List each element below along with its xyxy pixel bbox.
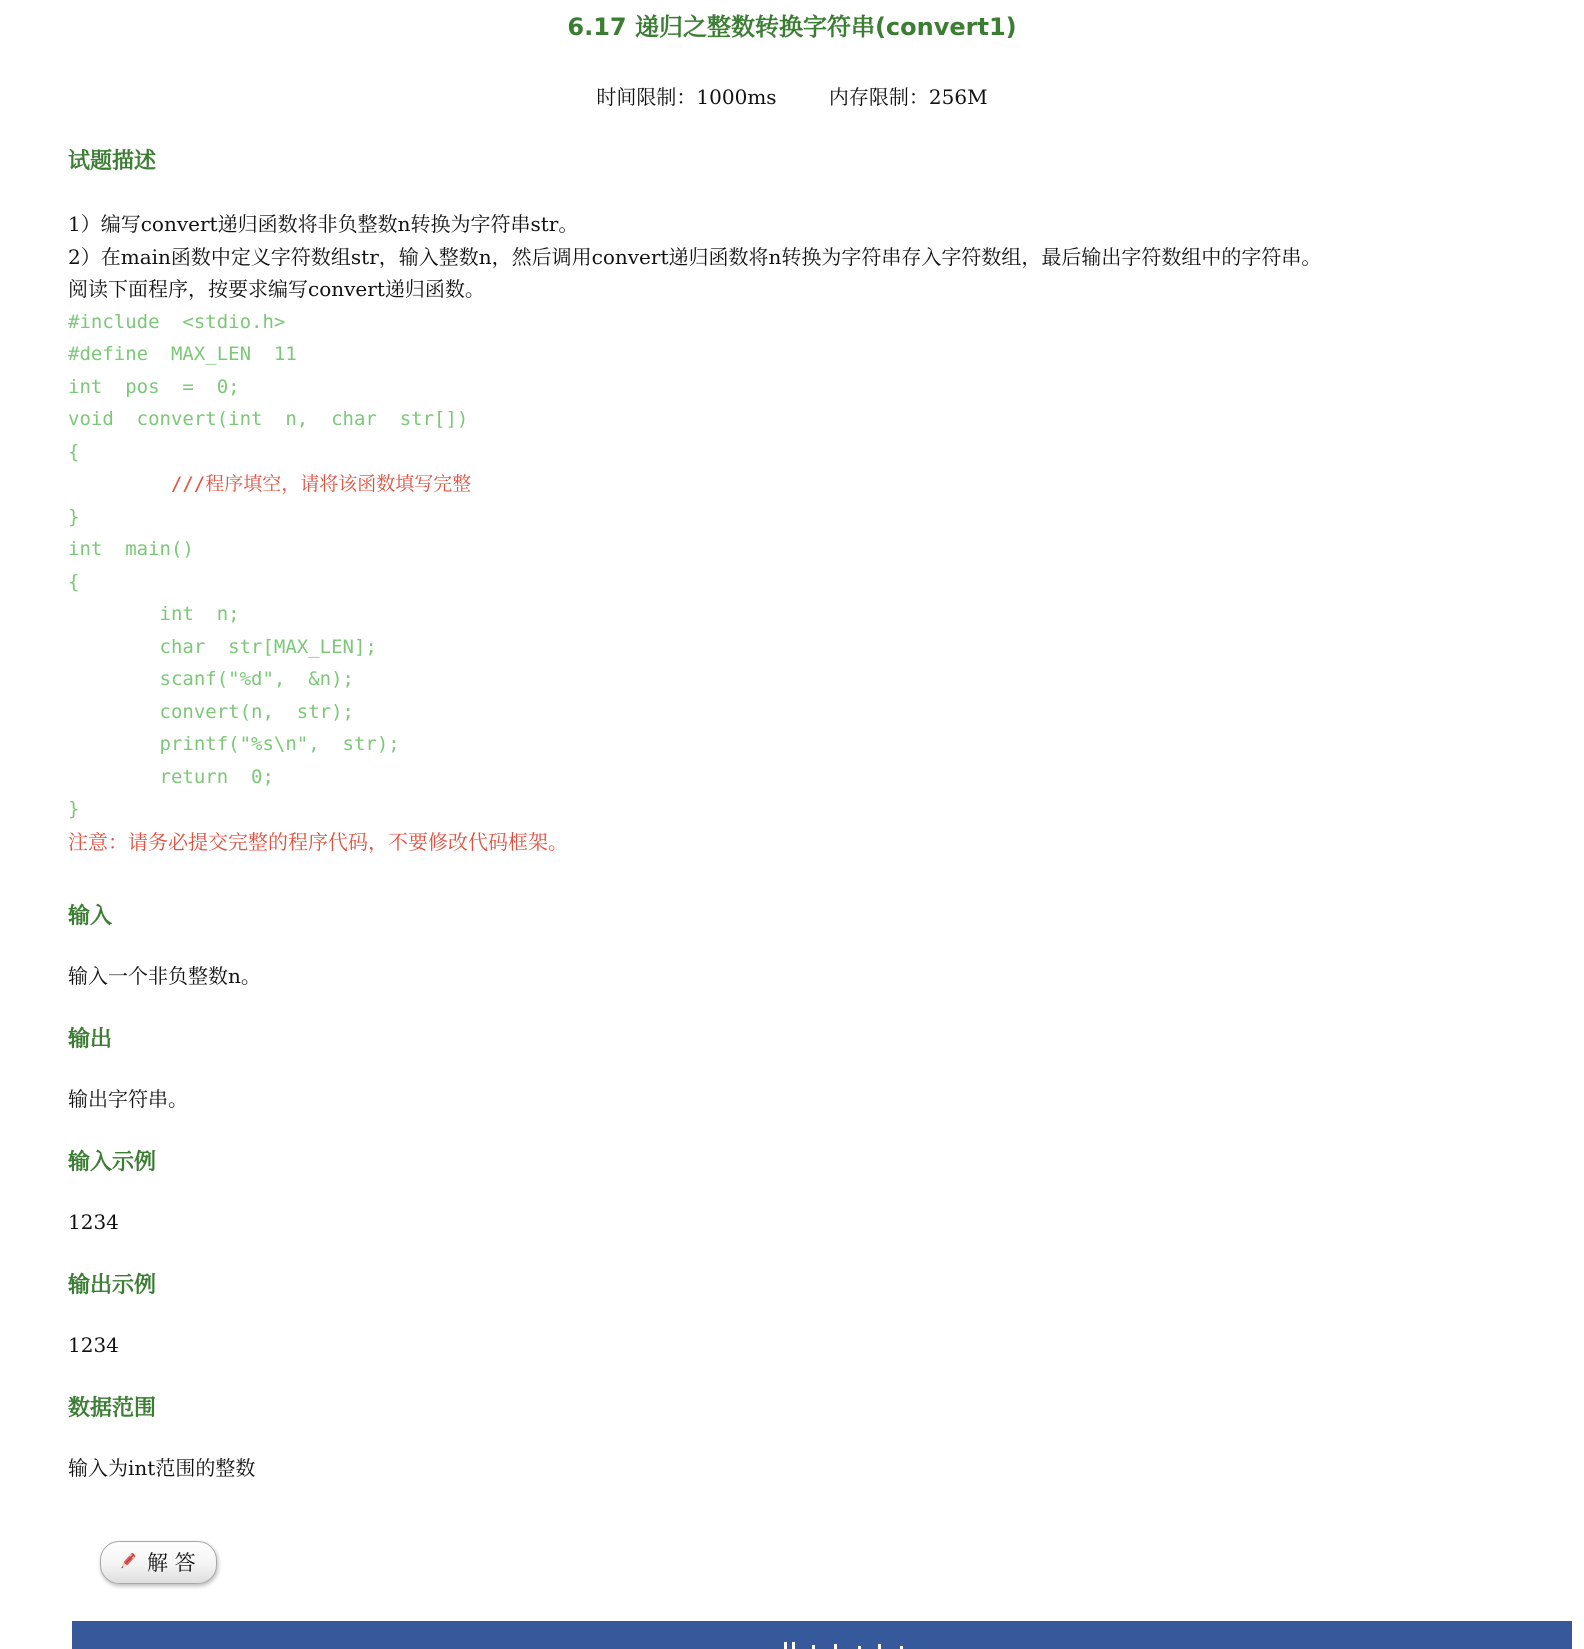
- description-paragraph: 1）编写convert递归函数将非负整数n转换为字符串str。: [68, 208, 1544, 241]
- code-line: int main(): [68, 533, 1544, 566]
- pencil-icon: [115, 1550, 139, 1574]
- data-range-description: 输入为int范围的整数: [68, 1455, 1544, 1481]
- problem-page: 6.17 递归之整数转换字符串(convert1) 时间限制：1000ms 内存…: [0, 0, 1584, 1649]
- code-line: return 0;: [68, 761, 1544, 794]
- code-line: void convert(int n, char str[]): [68, 403, 1544, 436]
- limits-row: 时间限制：1000ms 内存限制：256M: [0, 84, 1584, 110]
- code-line: char str[MAX_LEN];: [68, 631, 1544, 664]
- description-paragraphs: 1）编写convert递归函数将非负整数n转换为字符串str。2）在main函数…: [68, 208, 1544, 306]
- input-description: 输入一个非负整数n。: [68, 963, 1544, 989]
- code-line: #define MAX_LEN 11: [68, 338, 1544, 371]
- code-comment-line: ///程序填空，请将该函数填写完整: [68, 468, 1544, 501]
- footer-bar: [72, 1621, 1572, 1649]
- section-heading-output: 输出: [68, 1027, 1544, 1053]
- answer-button-label: 解 答: [147, 1547, 196, 1577]
- description-paragraph: 阅读下面程序，按要求编写convert递归函数。: [68, 273, 1544, 306]
- section-heading-output-sample: 输出示例: [68, 1273, 1544, 1299]
- code-line: }: [68, 501, 1544, 534]
- input-sample-value: 1234: [68, 1209, 1544, 1235]
- output-sample-value: 1234: [68, 1332, 1544, 1358]
- memory-limit: 内存限制：256M: [829, 85, 988, 109]
- section-heading-data-range: 数据范围: [68, 1396, 1544, 1422]
- code-line: }: [68, 793, 1544, 826]
- page-title: 6.17 递归之整数转换字符串(convert1): [0, 0, 1584, 42]
- code-line: printf("%s\n", str);: [68, 728, 1544, 761]
- submission-note: 注意：请务必提交完整的程序代码，不要修改代码框架。: [68, 826, 1544, 859]
- section-heading-input-sample: 输入示例: [68, 1150, 1544, 1176]
- output-description: 输出字符串。: [68, 1086, 1544, 1112]
- answer-button[interactable]: 解 答: [100, 1541, 217, 1584]
- footer-clipped-text: [708, 1641, 908, 1649]
- code-line: convert(n, str);: [68, 696, 1544, 729]
- description-paragraph: 2）在main函数中定义字符数组str，输入整数n，然后调用convert递归函…: [68, 241, 1544, 274]
- code-line: {: [68, 436, 1544, 469]
- code-line: scanf("%d", &n);: [68, 663, 1544, 696]
- code-line: {: [68, 566, 1544, 599]
- time-limit: 时间限制：1000ms: [596, 85, 776, 109]
- code-block: #include <stdio.h>#define MAX_LEN 11int …: [68, 306, 1544, 826]
- section-heading-description: 试题描述: [68, 149, 1544, 175]
- problem-content: 试题描述 1）编写convert递归函数将非负整数n转换为字符串str。2）在m…: [0, 149, 1584, 1584]
- code-line: int pos = 0;: [68, 371, 1544, 404]
- section-heading-input: 输入: [68, 904, 1544, 930]
- code-line: int n;: [68, 598, 1544, 631]
- code-line: #include <stdio.h>: [68, 306, 1544, 339]
